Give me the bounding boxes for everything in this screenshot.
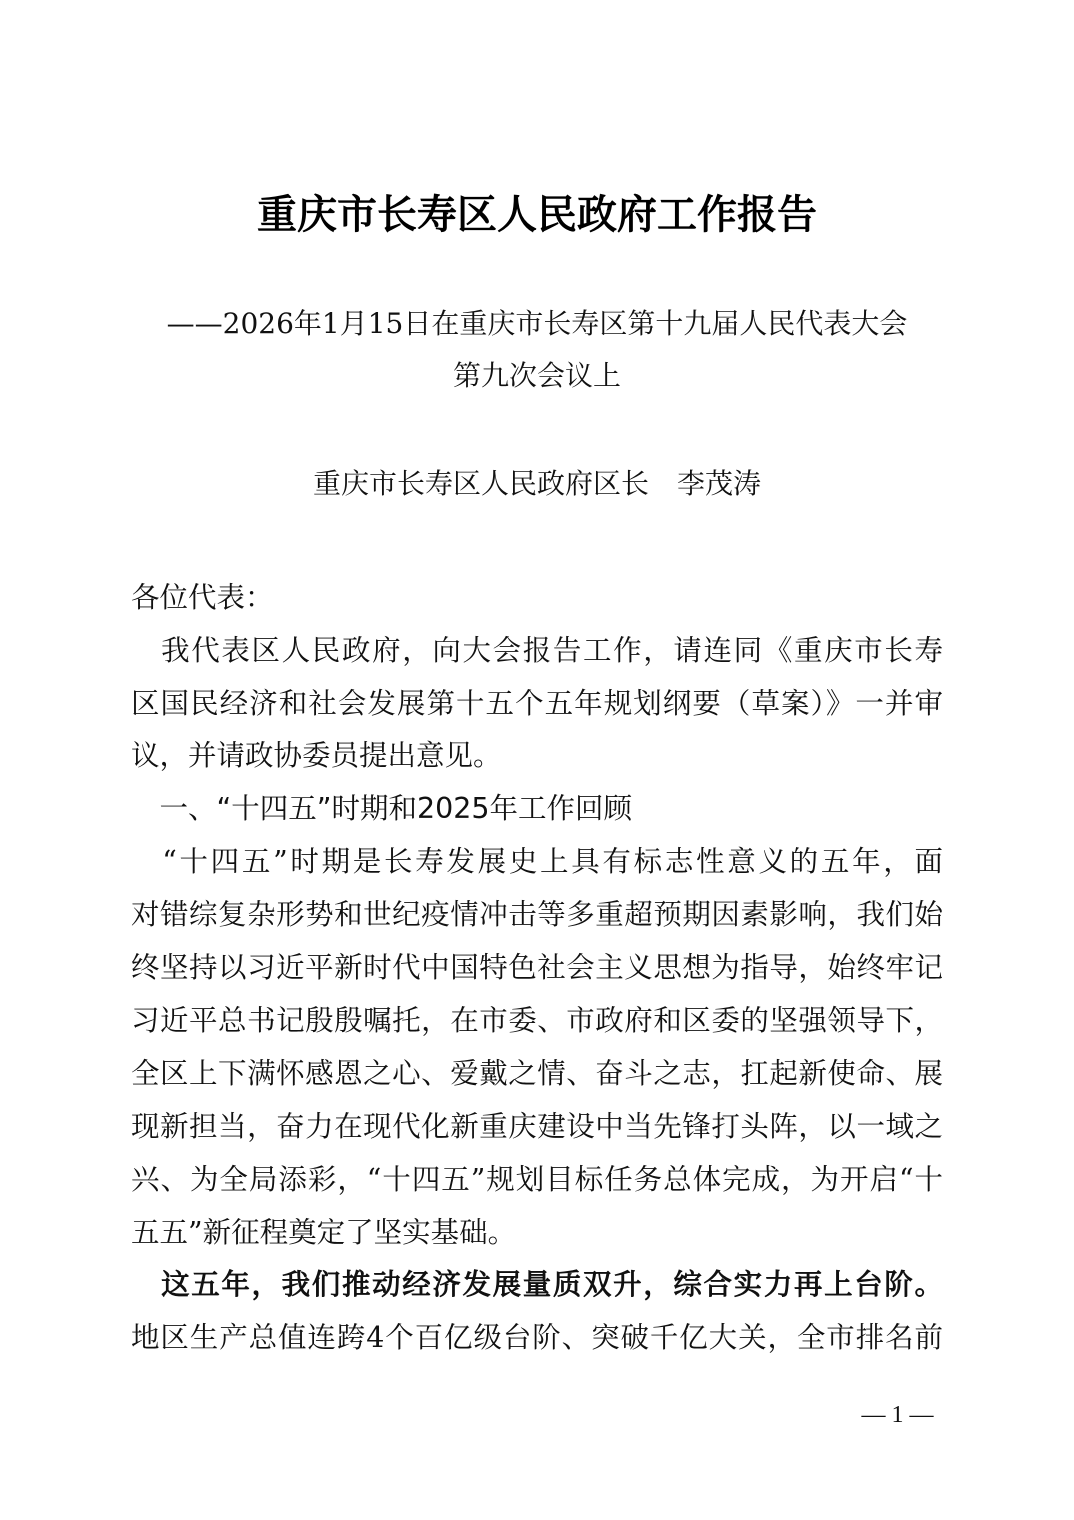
document-page: 重庆市长寿区人民政府工作报告 ——2026年1月15日在重庆市长寿区第十九届人民…: [0, 0, 1074, 1520]
page-number: — 1 —: [850, 1402, 945, 1429]
report-title: 重庆市长寿区人民政府工作报告: [0, 183, 1074, 240]
body-line: 终坚持以习近平新时代中国特色社会主义思想为指导，始终牢记: [131, 945, 943, 986]
body-line: 地区生产总值连跨4个百亿级台阶、突破千亿大关，全市排名前: [131, 1315, 943, 1356]
body-line: 习近平总书记殷殷嘱托，在市委、市政府和区委的坚强领导下，: [131, 998, 943, 1039]
author-line: 重庆市长寿区人民政府区长 李茂涛: [0, 462, 1074, 502]
subtitle-line-2: 第九次会议上: [0, 354, 1074, 394]
body-line: “十四五”时期是长寿发展史上具有标志性意义的五年，面: [131, 839, 943, 880]
body-line: 我代表区人民政府，向大会报告工作，请连同《重庆市长寿: [131, 628, 943, 669]
body-line: 议，并请政协委员提出意见。: [131, 733, 943, 774]
body-line: 五五”新征程奠定了坚实基础。: [131, 1210, 943, 1251]
body-line: 全区上下满怀感恩之心、爱戴之情、奋斗之志，扛起新使命、展: [131, 1051, 943, 1092]
body-line: 兴、为全局添彩，“十四五”规划目标任务总体完成，为开启“十: [131, 1157, 943, 1198]
body-line: 对错综复杂形势和世纪疫情冲击等多重超预期因素影响，我们始: [131, 892, 943, 933]
bold-summary-line: 这五年，我们推动经济发展量质双升，综合实力再上台阶。: [131, 1262, 943, 1303]
body-line: 现新担当，奋力在现代化新重庆建设中当先锋打头阵，以一域之: [131, 1104, 943, 1145]
section-heading: 一、“十四五”时期和2025年工作回顾: [131, 786, 943, 827]
salutation: 各位代表：: [131, 575, 943, 616]
body-line: 区国民经济和社会发展第十五个五年规划纲要（草案）》一并审: [131, 681, 943, 722]
subtitle-line-1: ——2026年1月15日在重庆市长寿区第十九届人民代表大会: [0, 302, 1074, 342]
